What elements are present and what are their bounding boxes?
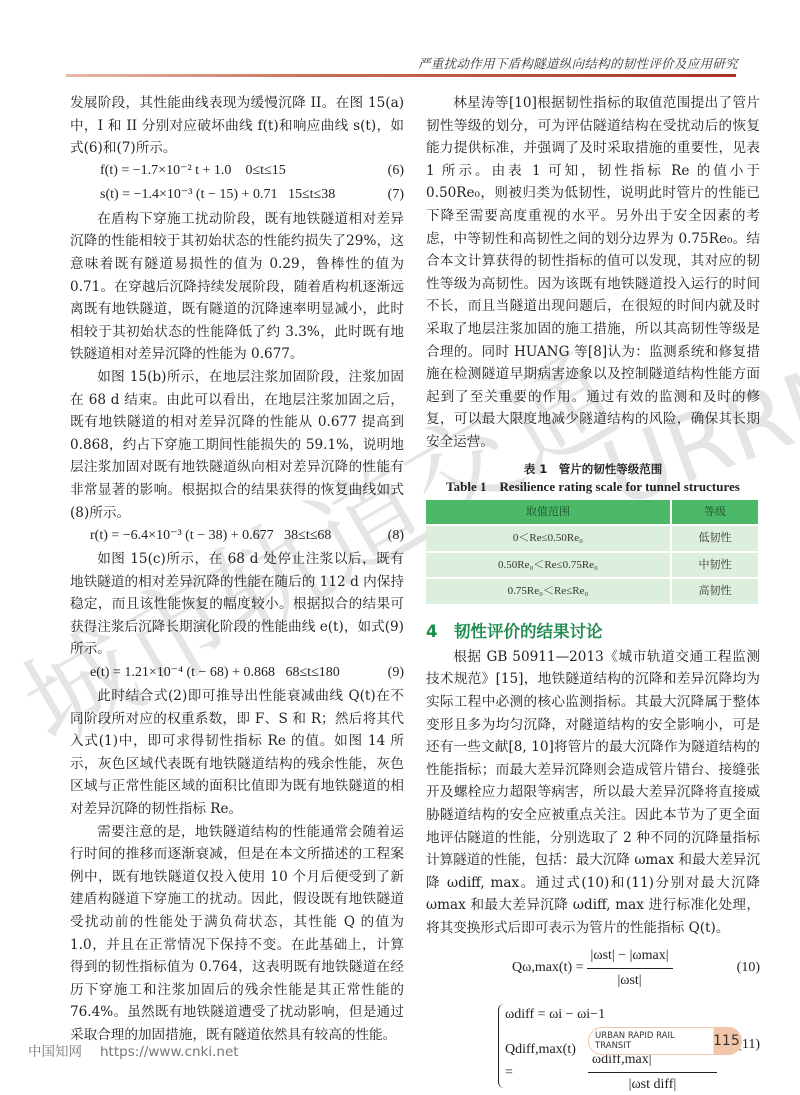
table-header: 取值范围	[426, 500, 671, 526]
paragraph: 如图 15(b)所示，在地层注浆加固阶段，注浆加固在 68 d 结束。由此可以看…	[70, 366, 404, 524]
table-row: 0.75Re₀＜Re≤Re₀ 高韧性	[426, 578, 759, 604]
table-cell: 中韧性	[671, 552, 759, 579]
equation-10: Qω,max(t) = |ωst| − |ωmax| |ωst| (10)	[426, 944, 760, 994]
page-number: 115	[713, 1033, 740, 1049]
equation-number: (8)	[364, 525, 404, 548]
table-row: 0＜Re≤0.50Re₀ 低韧性	[426, 525, 759, 552]
equation-number: (7)	[364, 184, 404, 207]
equation-6: f(t) = −1.7×10⁻² t + 1.0 0≤t≤15 (6)	[70, 160, 404, 184]
paragraph: 需要注意的是，地铁隧道结构的性能通常会随着运行时间的推移而逐渐衰减，但是在本文所…	[70, 821, 404, 1047]
paragraph: 发展阶段，其性能曲线表现为缓慢沉降 II。在图 15(a)中，I 和 II 分别…	[70, 92, 404, 160]
equation-number: (6)	[364, 160, 404, 183]
table-row: 0.50Re₀＜Re≤0.75Re₀ 中韧性	[426, 552, 759, 579]
section-heading: 4韧性评价的结果讨论	[426, 620, 760, 644]
journal-name: URBAN RAPID RAIL TRANSIT	[589, 1031, 713, 1051]
equation-7: s(t) = −1.4×10⁻³ (t − 15) + 0.71 15≤t≤38…	[70, 184, 404, 208]
left-column: 发展阶段，其性能曲线表现为缓慢沉降 II。在图 15(a)中，I 和 II 分别…	[70, 92, 404, 1047]
running-title: 严重扰动作用下盾构隧道纵向结构的韧性评价及应用研究	[418, 54, 738, 72]
paragraph: 在盾构下穿施工扰动阶段，既有地铁隧道相对差异沉降的性能相较于其初始状态的性能约损…	[70, 208, 404, 366]
table-cell: 高韧性	[671, 578, 759, 604]
journal-tag: URBAN RAPID RAIL TRANSIT 115	[588, 1027, 742, 1055]
paragraph: 此时结合式(2)即可推导出性能衰减曲线 Q(t)在不同阶段所对应的权重系数，即 …	[70, 685, 404, 821]
cnki-link[interactable]: https://www.cnki.net	[100, 1044, 239, 1060]
section-number: 4	[426, 620, 454, 644]
equation-number: (9)	[364, 662, 404, 685]
right-column: 林星涛等[10]根据韧性指标的取值范围提出了管片韧性等级的划分，可为评估隧道结构…	[426, 92, 760, 1092]
cnki-footer: 中国知网https://www.cnki.net	[28, 1040, 239, 1060]
table-caption-cn: 表 1 管片的韧性等级范围	[426, 460, 760, 478]
fraction: |ωst| − |ωmax| |ωst|	[587, 945, 673, 993]
table-cell: 0＜Re≤0.50Re₀	[426, 525, 671, 552]
table-header-row: 取值范围 等级	[426, 500, 759, 526]
paragraph: 林星涛等[10]根据韧性指标的取值范围提出了管片韧性等级的划分，可为评估隧道结构…	[426, 92, 760, 454]
paragraph: 根据 GB 50911—2013《城市轨道交通工程监测技术规范》[15]，地铁隧…	[426, 646, 760, 940]
table-header: 等级	[671, 500, 759, 526]
section-title: 韧性评价的结果讨论	[454, 622, 603, 641]
resilience-table: 取值范围 等级 0＜Re≤0.50Re₀ 低韧性 0.50Re₀＜Re≤0.75…	[426, 500, 760, 604]
table-caption-en: Table 1 Resilience rating scale for tunn…	[426, 478, 760, 496]
cnki-label: 中国知网	[28, 1044, 82, 1060]
equation-8: r(t) = −6.4×10⁻³ (t − 38) + 0.677 38≤t≤6…	[70, 524, 404, 548]
table-cell: 低韧性	[671, 525, 759, 552]
table-cell: 0.50Re₀＜Re≤0.75Re₀	[426, 552, 671, 579]
equation-9: e(t) = 1.21×10⁻⁴ (t − 68) + 0.868 68≤t≤1…	[70, 661, 404, 685]
paragraph: 如图 15(c)所示，在 68 d 处停止注浆以后，既有地铁隧道的相对差异沉降的…	[70, 548, 404, 661]
equation-number: (10)	[720, 957, 760, 980]
header-rule	[66, 74, 736, 77]
table-cell: 0.75Re₀＜Re≤Re₀	[426, 578, 671, 604]
